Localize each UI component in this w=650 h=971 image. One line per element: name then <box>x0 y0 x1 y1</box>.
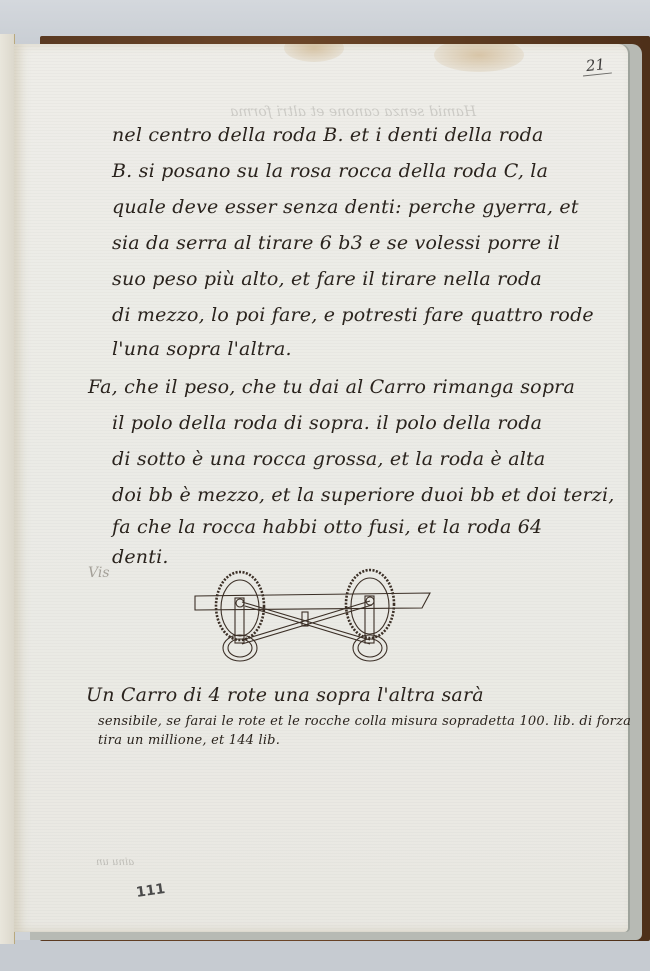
text-line: tira un millione, et 144 lib. <box>98 733 280 748</box>
scan-backdrop-bottom <box>0 940 650 971</box>
text-line: B. si posano su la rosa rocca della roda… <box>112 160 548 182</box>
text-line: Fa, che il peso, che tu dai al Carro rim… <box>88 376 575 398</box>
text-line: il polo della roda di sopra. il polo del… <box>112 412 542 434</box>
text-line: denti. <box>112 546 169 568</box>
text-line: sia da serra al tirare 6 b3 e se volessi… <box>112 232 560 254</box>
water-stain <box>434 44 524 72</box>
text-line: fa che la rocca habbi otto fusi, et la r… <box>112 516 542 538</box>
folio-number: 21 <box>581 55 612 77</box>
bleed-through-text: ainu un <box>96 857 134 868</box>
text-line: l'una sopra l'altra. <box>112 338 292 360</box>
text-line: Un Carro di 4 rote una sopra l'altra sar… <box>86 684 484 706</box>
cart-wheels-illustration <box>190 568 435 663</box>
text-line: di mezzo, lo poi fare, e potresti fare q… <box>112 304 594 326</box>
text-line: nel centro della roda B. et i denti dell… <box>112 124 544 146</box>
text-line: quale deve esser senza denti: perche gye… <box>112 196 579 218</box>
text-line: di sotto è una rocca grossa, et la roda … <box>112 448 545 470</box>
bleed-through-text: Hamid senza canone et altri forma <box>230 104 476 120</box>
text-line: doi bb è mezzo, et la superiore duoi bb … <box>112 484 615 506</box>
text-line: suo peso più alto, et fare il tirare nel… <box>112 268 542 290</box>
water-stain <box>284 44 344 62</box>
text-line: sensibile, se farai le rote et le rocche… <box>98 714 631 729</box>
left-page-edge <box>0 34 15 944</box>
margin-note: Vis <box>88 565 110 581</box>
